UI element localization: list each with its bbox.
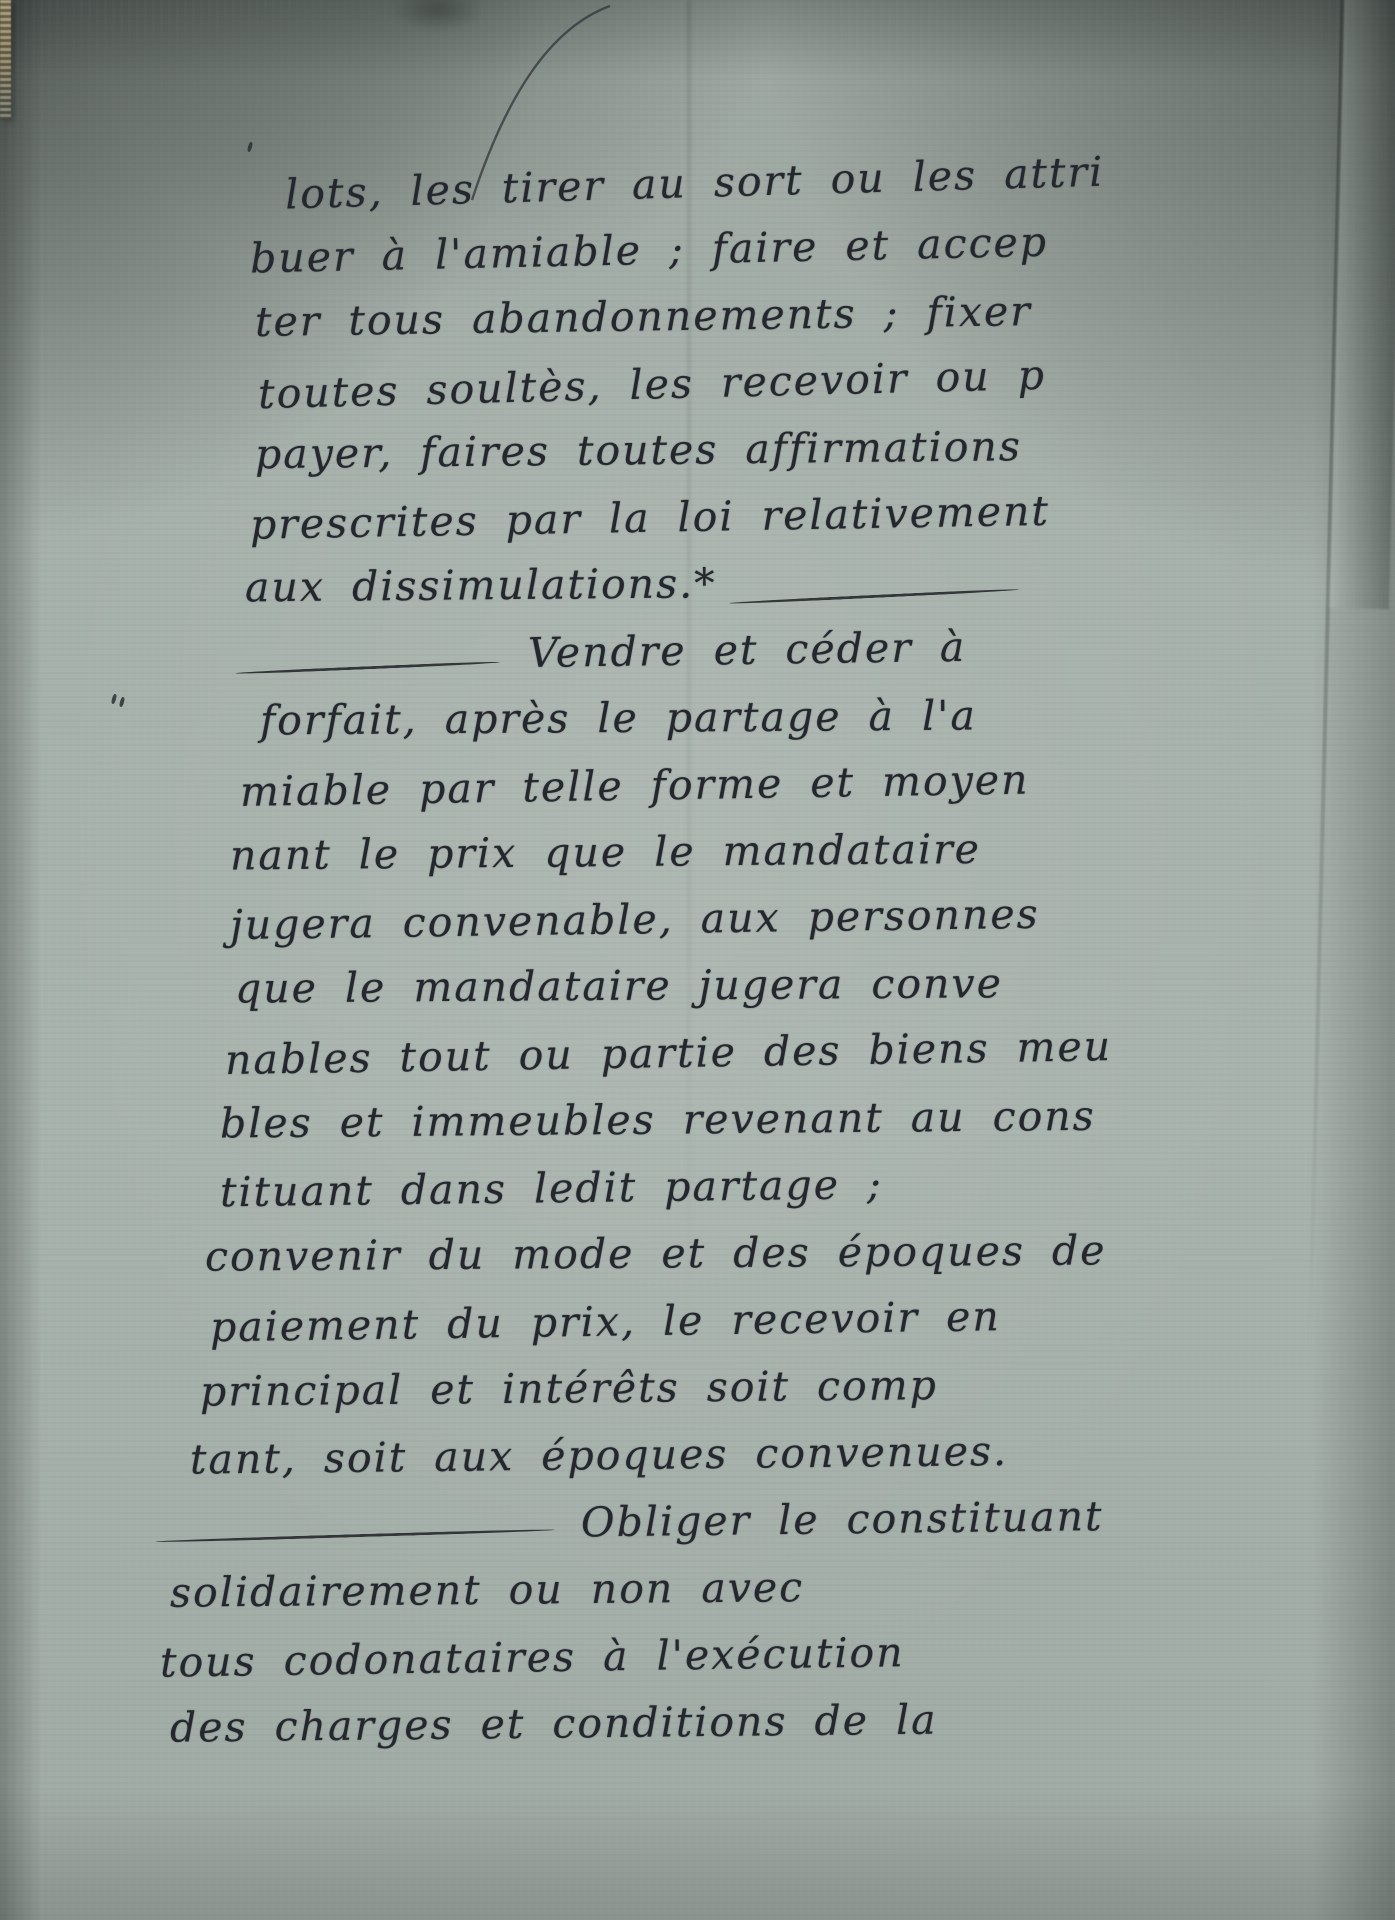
manuscript-line: principal et intérêts soit comp: [200, 1349, 1251, 1425]
manuscript-line: aux dissimulations.*: [245, 546, 1251, 622]
manuscript-line: tituant dans ledit partage ;: [220, 1147, 1251, 1227]
book-binding-edge: [0, 0, 11, 120]
line-text: Vendre et céder à: [528, 623, 967, 677]
manuscript-line: Obliger le constituant: [155, 1481, 1251, 1561]
manuscript-line: bles et immeubles revenant au cons: [220, 1082, 1251, 1158]
separator-stroke: [155, 1528, 555, 1543]
manuscript-line: nant le prix que le mandataire: [230, 814, 1251, 890]
separator-stroke: [235, 661, 500, 675]
manuscript-line: des charges et conditions de la: [170, 1683, 1251, 1761]
manuscript-line: tant, soit aux époques convenues.: [190, 1415, 1251, 1493]
manuscript-line: Vendre et céder à: [235, 610, 1251, 691]
stray-ink-mark: [119, 697, 126, 708]
manuscript-line: que le mandataire jugera conve: [235, 948, 1250, 1022]
line-text: Obliger le constituant: [581, 1492, 1104, 1546]
manuscript-line: miable par telle forme et moyen: [240, 743, 1251, 826]
manuscript-line: forfait, après le partage à l'a: [260, 681, 1250, 755]
stray-ink-mark: [111, 694, 118, 705]
manuscript-line: paiement du prix, le recevoir en: [210, 1280, 1251, 1362]
separator-stroke: [729, 588, 1019, 605]
manuscript-text-block: lots, les tirer au sort ou les attri bue…: [150, 148, 1250, 1756]
manuscript-line: nables tout ou partie des biens meu: [225, 1011, 1251, 1094]
line-text: aux dissimulations.*: [245, 559, 717, 611]
manuscript-photo: lots, les tirer au sort ou les attri bue…: [0, 0, 1395, 1920]
manuscript-line: jugera convenable, aux personnes: [230, 878, 1251, 959]
manuscript-line: solidairement ou non avec: [170, 1550, 1251, 1626]
manuscript-line: convenir du mode et des époques de: [205, 1216, 1250, 1290]
